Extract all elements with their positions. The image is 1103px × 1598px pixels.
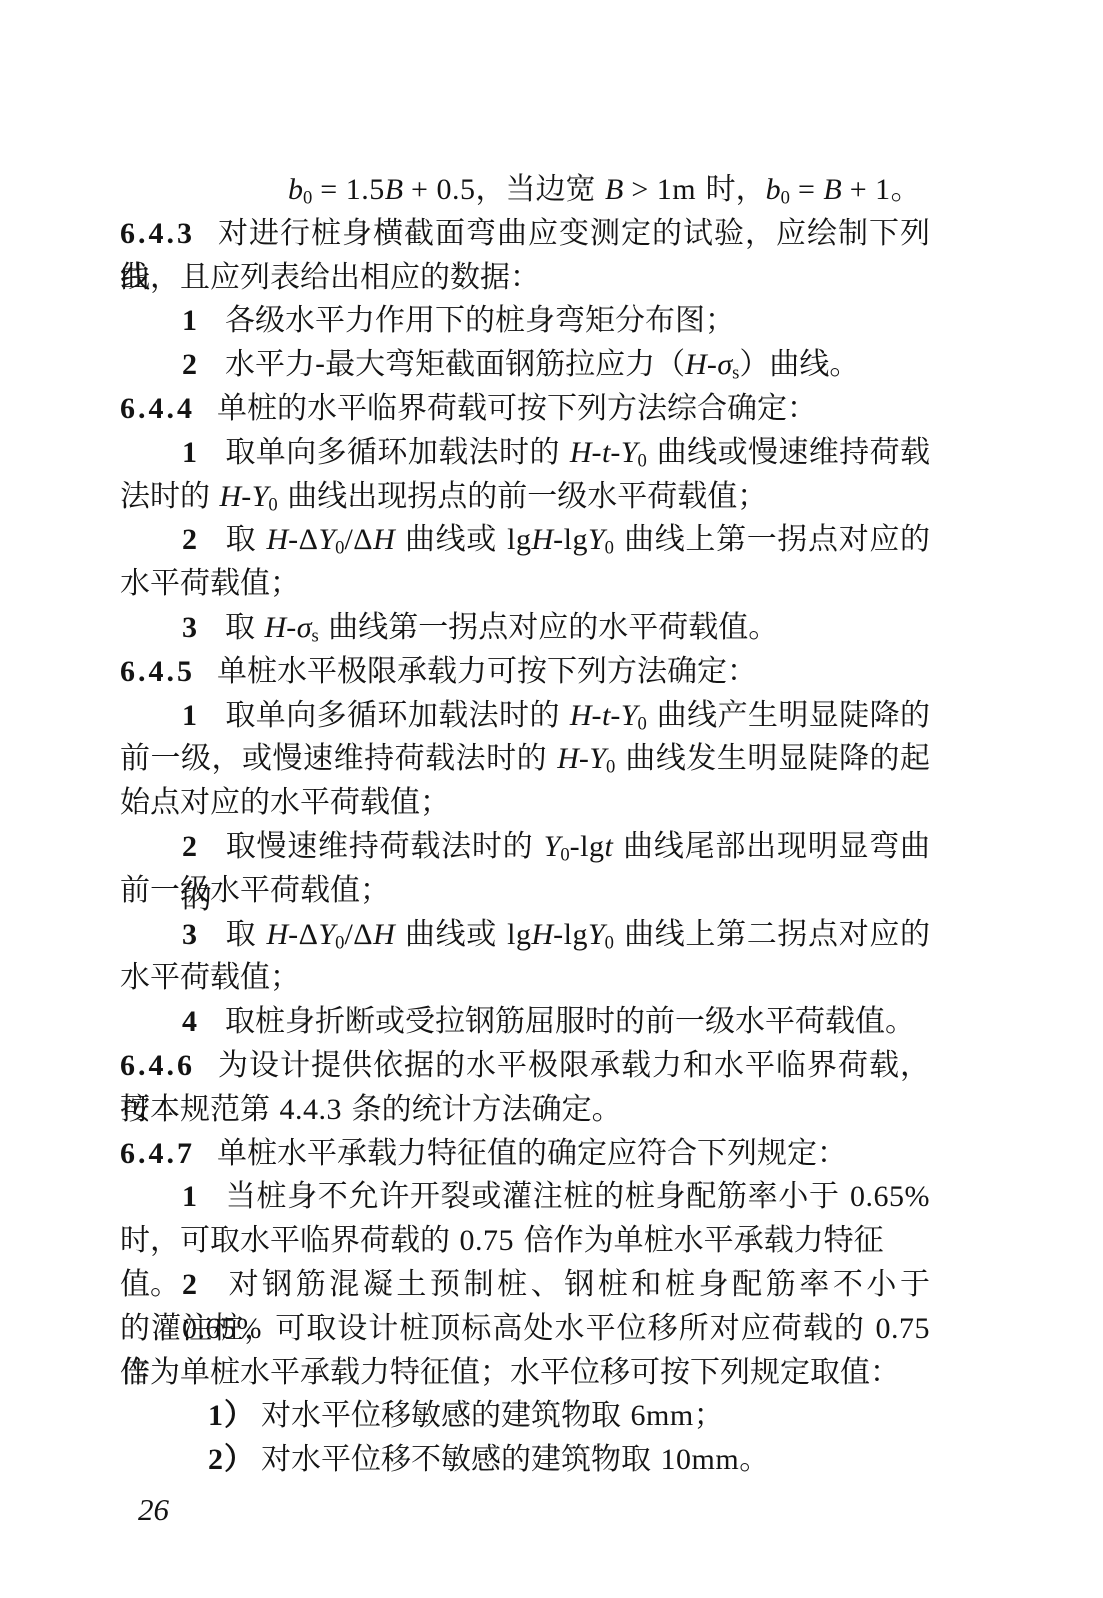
math-segment: + 0.5: [403, 173, 475, 206]
clause-line: 6.4.6为设计提供依据的水平极限承载力和水平临界荷载，可: [120, 1044, 930, 1088]
text-segment: 单桩水平极限承载力可按下列方法确定：: [217, 654, 757, 689]
continuation-line: 线，且应列表给出相应的数据：: [120, 256, 930, 300]
math-segment: Y: [621, 436, 638, 469]
math-segment: -: [591, 436, 602, 469]
item-number: 2: [182, 1268, 197, 1301]
math-segment: 0.75: [460, 1224, 515, 1257]
item-number: 1: [182, 699, 197, 732]
text-segment: 曲线或慢速维持荷载: [647, 435, 930, 470]
math-segment: -: [286, 611, 297, 644]
text-segment: 取: [225, 610, 265, 645]
item-line: 2取 H-ΔY0/ΔH 曲线或 lgH-lgY0 曲线上第一拐点对应的: [120, 518, 930, 562]
math-segment: Y: [588, 523, 605, 556]
clause-number: 6.4.3: [120, 217, 195, 250]
math-segment: σ: [717, 348, 732, 381]
clause-line: 6.4.5单桩水平极限承载力可按下列方法确定：: [120, 650, 930, 694]
math-segment: H: [265, 611, 287, 644]
text-segment: 前一级水平荷载值；: [120, 873, 390, 908]
text-segment: 取单向多循环加载法时的: [225, 435, 570, 470]
math-segment: H: [531, 523, 553, 556]
math-segment: H: [373, 918, 395, 951]
math-segment: /Δ: [344, 523, 373, 556]
math-segment: Y: [588, 918, 605, 951]
math-segment: /Δ: [344, 918, 373, 951]
math-segment: lg: [507, 918, 531, 951]
subitem-line: 2）对水平位移不敏感的建筑物取 10mm。: [120, 1438, 930, 1482]
math-segment: H: [267, 918, 289, 951]
math-segment: =: [790, 173, 823, 206]
item-number: 1: [182, 1180, 197, 1213]
math-segment: lg: [507, 523, 531, 556]
math-segment: b: [766, 173, 781, 206]
text-segment: 曲线上第一拐点对应的: [614, 522, 930, 557]
text-segment: 各级水平力作用下的桩身弯矩分布图；: [225, 303, 735, 338]
item-line: 2对钢筋混凝土预制桩、钢桩和桩身配筋率不小于 0.65%: [120, 1263, 930, 1307]
math-segment: -: [591, 699, 602, 732]
text-segment: 曲线出现拐点的前一级水平荷载值；: [278, 479, 768, 514]
text-segment: 曲线第一拐点对应的水平荷载值。: [319, 610, 779, 645]
continuation-line: 前一级，或慢速维持荷载法时的 H-Y0 曲线发生明显陡降的起: [120, 737, 930, 781]
text-segment: 取单向多循环加载法时的: [225, 698, 570, 733]
text-segment: 条的统计方法确定。: [342, 1092, 622, 1127]
continuation-line: 作为单桩水平承载力特征值；水平位移可按下列规定取值：: [120, 1351, 930, 1395]
subitem-number: 1）: [208, 1399, 255, 1432]
document-page: b0 = 1.5B + 0.5，当边宽 B > 1m 时，b0 = B + 1。…: [0, 0, 1103, 1598]
math-segment: > 1m: [623, 173, 696, 206]
item-number: 2: [182, 348, 197, 381]
text-segment: 。: [739, 1442, 769, 1477]
text-segment: ）曲线。: [739, 347, 859, 382]
clause-number: 6.4.6: [120, 1049, 195, 1082]
text-segment: 时，可取水平临界荷载的: [120, 1223, 460, 1258]
item-line: 1各级水平力作用下的桩身弯矩分布图；: [120, 299, 930, 343]
text-segment: 作为单桩水平承载力特征值；水平位移可按下列规定取值：: [120, 1355, 900, 1390]
math-segment: 0.65%: [850, 1180, 930, 1213]
item-number: 3: [182, 918, 197, 951]
math-segment: Y: [621, 699, 638, 732]
continuation-line: 前一级水平荷载值；: [120, 869, 930, 913]
math-segment: -lg: [553, 523, 588, 556]
text-segment: 当桩身不允许开裂或灌注桩的桩身配筋率小于: [225, 1179, 850, 1214]
text-segment: 单桩的水平临界荷载可按下列方法综合确定：: [217, 391, 817, 426]
math-segment: 4.4.3: [280, 1093, 343, 1126]
math-segment: 0: [606, 757, 615, 778]
text-segment: 对水平位移不敏感的建筑物取: [261, 1442, 661, 1477]
math-segment: -lg: [553, 918, 588, 951]
math-segment: b: [288, 173, 303, 206]
clause-line: 6.4.3对进行桩身横截面弯曲应变测定的试验，应绘制下列曲: [120, 212, 930, 256]
math-segment: H: [570, 699, 592, 732]
math-segment: -: [610, 699, 621, 732]
item-number: 2: [182, 830, 197, 863]
text-segment: 线，且应列表给出相应的数据：: [120, 260, 540, 295]
text-segment: 水平荷载值；: [120, 566, 300, 601]
subitem-line: 1）对水平位移敏感的建筑物取 6mm；: [120, 1394, 930, 1438]
item-line: 2水平力-最大弯矩截面钢筋拉应力（H-σs）曲线。: [120, 343, 930, 387]
math-segment: -Δ: [288, 918, 318, 951]
math-segment: H: [267, 523, 289, 556]
text-segment: 对水平位移敏感的建筑物取: [261, 1398, 631, 1433]
math-segment: B: [605, 173, 623, 206]
item-line: 3取 H-σs 曲线第一拐点对应的水平荷载值。: [120, 606, 930, 650]
math-segment: 6mm: [631, 1399, 694, 1432]
math-segment: Y: [544, 830, 561, 863]
text-segment: 曲线或: [395, 917, 507, 952]
math-segment: Y: [589, 742, 606, 775]
item-line: 1取单向多循环加载法时的 H-t-Y0 曲线或慢速维持荷载: [120, 431, 930, 475]
text-segment: 曲线发生明显陡降的起: [615, 741, 930, 776]
text-segment: ，当边宽: [475, 172, 605, 207]
math-segment: H: [685, 348, 707, 381]
text-segment: 始点对应的水平荷载值；: [120, 785, 450, 820]
continuation-line: 水平荷载值；: [120, 956, 930, 1000]
item-number: 1: [182, 436, 197, 469]
continuation-line: 时，可取水平临界荷载的 0.75 倍作为单桩水平承载力特征值。: [120, 1219, 930, 1263]
text-segment: 取: [225, 522, 267, 557]
page-number: 26: [138, 1493, 169, 1527]
item-number: 3: [182, 611, 197, 644]
math-segment: B: [385, 173, 403, 206]
text-segment: 取桩身折断或受拉钢筋屈服时的前一级水平荷载值。: [225, 1004, 915, 1039]
math-segment: 0: [303, 188, 312, 209]
clause-number: 6.4.4: [120, 392, 195, 425]
math-segment: -: [707, 348, 718, 381]
continuation-line: 始点对应的水平荷载值；: [120, 781, 930, 825]
math-segment: σ: [297, 611, 312, 644]
math-segment: + 1: [842, 173, 891, 206]
item-line: 1当桩身不允许开裂或灌注桩的桩身配筋率小于 0.65%: [120, 1175, 930, 1219]
math-segment: 0: [560, 845, 569, 866]
math-segment: 0: [638, 450, 647, 471]
math-segment: 0: [605, 932, 614, 953]
math-segment: = 1.5: [312, 173, 384, 206]
clause-line: 6.4.7单桩水平承载力特征值的确定应符合下列规定：: [120, 1132, 930, 1176]
math-segment: t: [605, 830, 613, 863]
item-number: 1: [182, 304, 197, 337]
math-segment: s: [312, 626, 319, 647]
item-line: 1取单向多循环加载法时的 H-t-Y0 曲线产生明显陡降的: [120, 694, 930, 738]
math-segment: Y: [252, 480, 269, 513]
text-segment: 法时的: [120, 479, 220, 514]
math-segment: -: [579, 742, 590, 775]
math-segment: 0: [605, 538, 614, 559]
math-segment: 0: [268, 494, 277, 515]
math-segment: 10mm: [661, 1443, 740, 1476]
text-segment: 曲线或: [395, 522, 507, 557]
continuation-line: 按本规范第 4.4.3 条的统计方法确定。: [120, 1088, 930, 1132]
text-segment: 的灌注桩，可取设计桩顶标高处水平位移所对应荷载的: [120, 1311, 876, 1346]
text-segment: 单桩水平承载力特征值的确定应符合下列规定：: [217, 1136, 847, 1171]
text-segment: 前一级，或慢速维持荷载法时的: [120, 741, 557, 776]
math-segment: -Δ: [288, 523, 318, 556]
document-body: b0 = 1.5B + 0.5，当边宽 B > 1m 时，b0 = B + 1。…: [120, 168, 930, 1482]
continuation-line: 法时的 H-Y0 曲线出现拐点的前一级水平荷载值；: [120, 475, 930, 519]
text-segment: 取慢速维持荷载法时的: [225, 829, 544, 864]
text-segment: 水平力-最大弯矩截面钢筋拉应力（: [225, 347, 685, 382]
math-segment: H: [220, 480, 242, 513]
item-line: 2取慢速维持荷载法时的 Y0-lgt 曲线尾部出现明显弯曲的: [120, 825, 930, 869]
math-segment: -lg: [570, 830, 605, 863]
continuation-line: 水平荷载值；: [120, 562, 930, 606]
math-segment: H: [531, 918, 553, 951]
math-segment: -: [610, 436, 621, 469]
clause-line: 6.4.4单桩的水平临界荷载可按下列方法综合确定：: [120, 387, 930, 431]
math-segment: 0: [638, 713, 647, 734]
math-segment: H: [373, 523, 395, 556]
math-segment: B: [823, 173, 841, 206]
math-segment: 0.75: [876, 1312, 931, 1345]
item-line: 4取桩身折断或受拉钢筋屈服时的前一级水平荷载值。: [120, 1000, 930, 1044]
clause-number: 6.4.5: [120, 655, 195, 688]
text-segment: 曲线上第二拐点对应的: [614, 917, 930, 952]
text-segment: 取: [225, 917, 267, 952]
math-segment: H: [557, 742, 579, 775]
math-segment: Y: [318, 918, 335, 951]
text-segment: 按本规范第: [120, 1092, 280, 1127]
math-segment: H: [570, 436, 592, 469]
text-segment: 水平荷载值；: [120, 960, 300, 995]
math-segment: Y: [318, 523, 335, 556]
clause-number: 6.4.7: [120, 1137, 195, 1170]
text-segment: 曲线产生明显陡降的: [647, 698, 930, 733]
item-number: 4: [182, 1005, 197, 1038]
math-segment: -: [241, 480, 252, 513]
subitem-number: 2）: [208, 1443, 255, 1476]
item-line: 3取 H-ΔY0/ΔH 曲线或 lgH-lgY0 曲线上第二拐点对应的: [120, 913, 930, 957]
math-segment: 0: [781, 188, 790, 209]
text-segment: 。: [891, 172, 921, 207]
text-segment: 对钢筋混凝土预制桩、钢桩和桩身配筋率不小于: [225, 1267, 930, 1302]
formula-line: b0 = 1.5B + 0.5，当边宽 B > 1m 时，b0 = B + 1。: [120, 168, 930, 212]
text-segment: 时，: [696, 172, 766, 207]
text-segment: ；: [694, 1398, 724, 1433]
item-number: 2: [182, 523, 197, 556]
continuation-line: 的灌注桩，可取设计桩顶标高处水平位移所对应荷载的 0.75 倍: [120, 1307, 930, 1351]
